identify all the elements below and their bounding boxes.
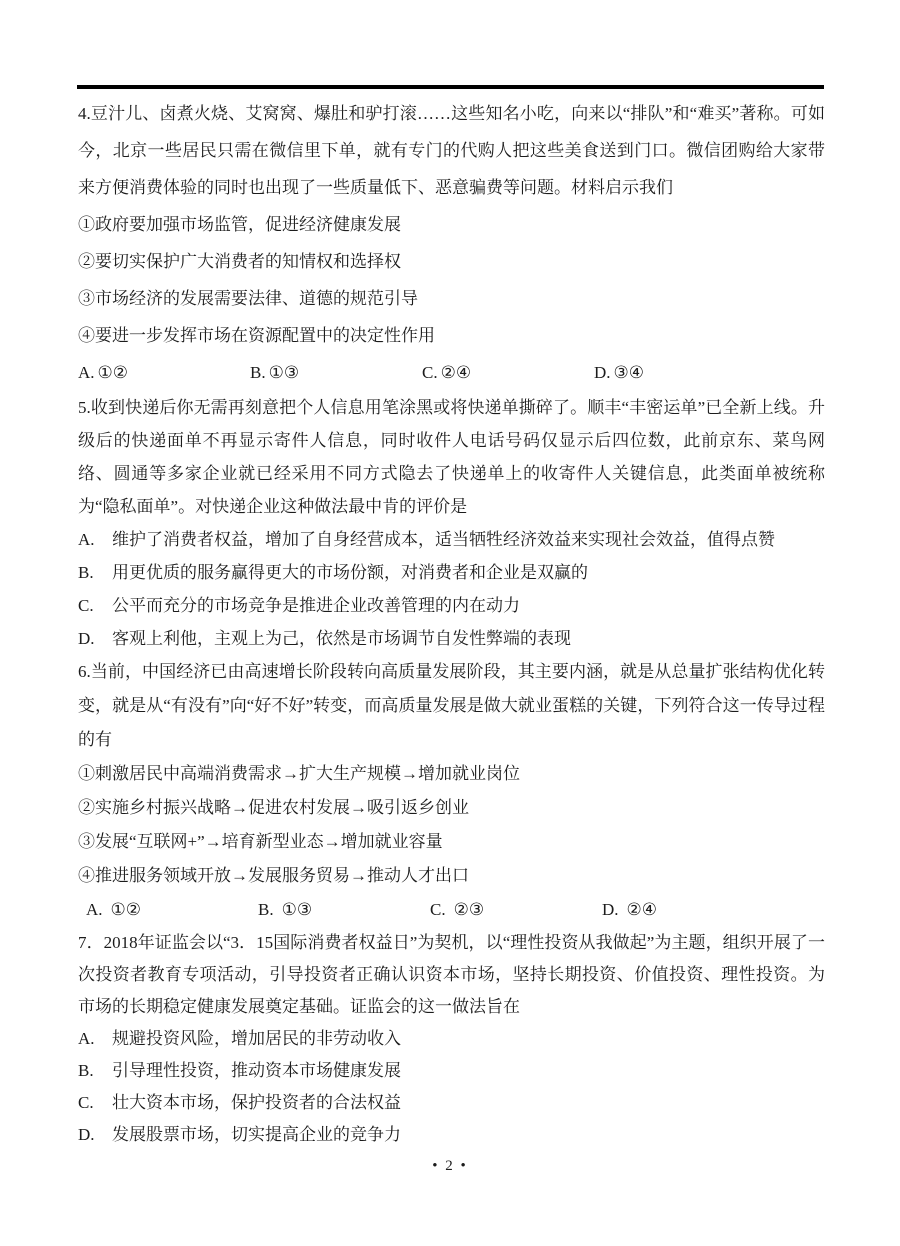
question-6-stem: 6.当前，中国经济已由高速增长阶段转向高质量发展阶段，其主要内涵，就是从总量扩张… — [78, 655, 825, 757]
question-7-choice-a: A.规避投资风险，增加居民的非劳动收入 — [78, 1023, 825, 1055]
question-4-item-2: ②要切实保护广大消费者的知情权和选择权 — [78, 243, 825, 280]
question-4-item-1: ①政府要加强市场监管，促进经济健康发展 — [78, 206, 825, 243]
exam-content: 4.豆汁儿、卤煮火烧、艾窝窝、爆肚和驴打滚……这些知名小吃，向来以“排队”和“难… — [78, 95, 825, 1151]
choice-a: A.①② — [86, 893, 258, 927]
exam-page: 4.豆汁儿、卤煮火烧、艾窝窝、爆肚和驴打滚……这些知名小吃，向来以“排队”和“难… — [0, 0, 900, 1246]
question-4-item-4: ④要进一步发挥市场在资源配置中的决定性作用 — [78, 317, 825, 354]
question-6-item-3: ③发展“互联网+”→培育新型业态→增加就业容量 — [78, 825, 825, 859]
top-rule — [77, 85, 824, 89]
choice-c: C.②③ — [430, 893, 602, 927]
question-4-stem: 4.豆汁儿、卤煮火烧、艾窝窝、爆肚和驴打滚……这些知名小吃，向来以“排队”和“难… — [78, 95, 825, 206]
question-4: 4.豆汁儿、卤煮火烧、艾窝窝、爆肚和驴打滚……这些知名小吃，向来以“排队”和“难… — [78, 95, 825, 391]
question-5-choice-b: B.用更优质的服务赢得更大的市场份额，对消费者和企业是双赢的 — [78, 556, 825, 589]
question-4-choices-row: A.①② B.①③ C.②④ D.③④ — [78, 354, 825, 391]
choice-a: A.①② — [78, 354, 250, 391]
question-6-item-1: ①刺激居民中高端消费需求→扩大生产规模→增加就业岗位 — [78, 757, 825, 791]
question-5-stem: 5.收到快递后你无需再刻意把个人信息用笔涂黑或将快递单撕碎了。顺丰“丰密运单”已… — [78, 391, 825, 523]
page-number: • 2 • — [0, 1158, 900, 1175]
question-6-choices-row: A.①② B.①③ C.②③ D.②④ — [78, 893, 825, 927]
choice-d: D.②④ — [602, 893, 657, 927]
choice-d: D.③④ — [594, 354, 644, 391]
choice-c: C.②④ — [422, 354, 594, 391]
choice-b: B.①③ — [250, 354, 422, 391]
question-5: 5.收到快递后你无需再刻意把个人信息用笔涂黑或将快递单撕碎了。顺丰“丰密运单”已… — [78, 391, 825, 655]
question-6-item-4: ④推进服务领域开放→发展服务贸易→推动人才出口 — [78, 859, 825, 893]
question-5-choice-c: C.公平而充分的市场竞争是推进企业改善管理的内在动力 — [78, 589, 825, 622]
question-4-item-3: ③市场经济的发展需要法律、道德的规范引导 — [78, 280, 825, 317]
question-6-item-2: ②实施乡村振兴战略→促进农村发展→吸引返乡创业 — [78, 791, 825, 825]
question-5-choice-a: A.维护了消费者权益，增加了自身经营成本，适当牺牲经济效益来实现社会效益，值得点… — [78, 523, 825, 556]
choice-b: B.①③ — [258, 893, 430, 927]
question-5-choice-d: D.客观上利他，主观上为己，依然是市场调节自发性弊端的表现 — [78, 622, 825, 655]
question-6: 6.当前，中国经济已由高速增长阶段转向高质量发展阶段，其主要内涵，就是从总量扩张… — [78, 655, 825, 927]
question-7-choice-d: D.发展股票市场，切实提高企业的竞争力 — [78, 1119, 825, 1151]
question-7-stem: 7．2018年证监会以“3．15国际消费者权益日”为契机，以“理性投资从我做起”… — [78, 927, 825, 1023]
question-7-choice-c: C.壮大资本市场，保护投资者的合法权益 — [78, 1087, 825, 1119]
question-7-choice-b: B.引导理性投资，推动资本市场健康发展 — [78, 1055, 825, 1087]
question-7: 7．2018年证监会以“3．15国际消费者权益日”为契机，以“理性投资从我做起”… — [78, 927, 825, 1151]
